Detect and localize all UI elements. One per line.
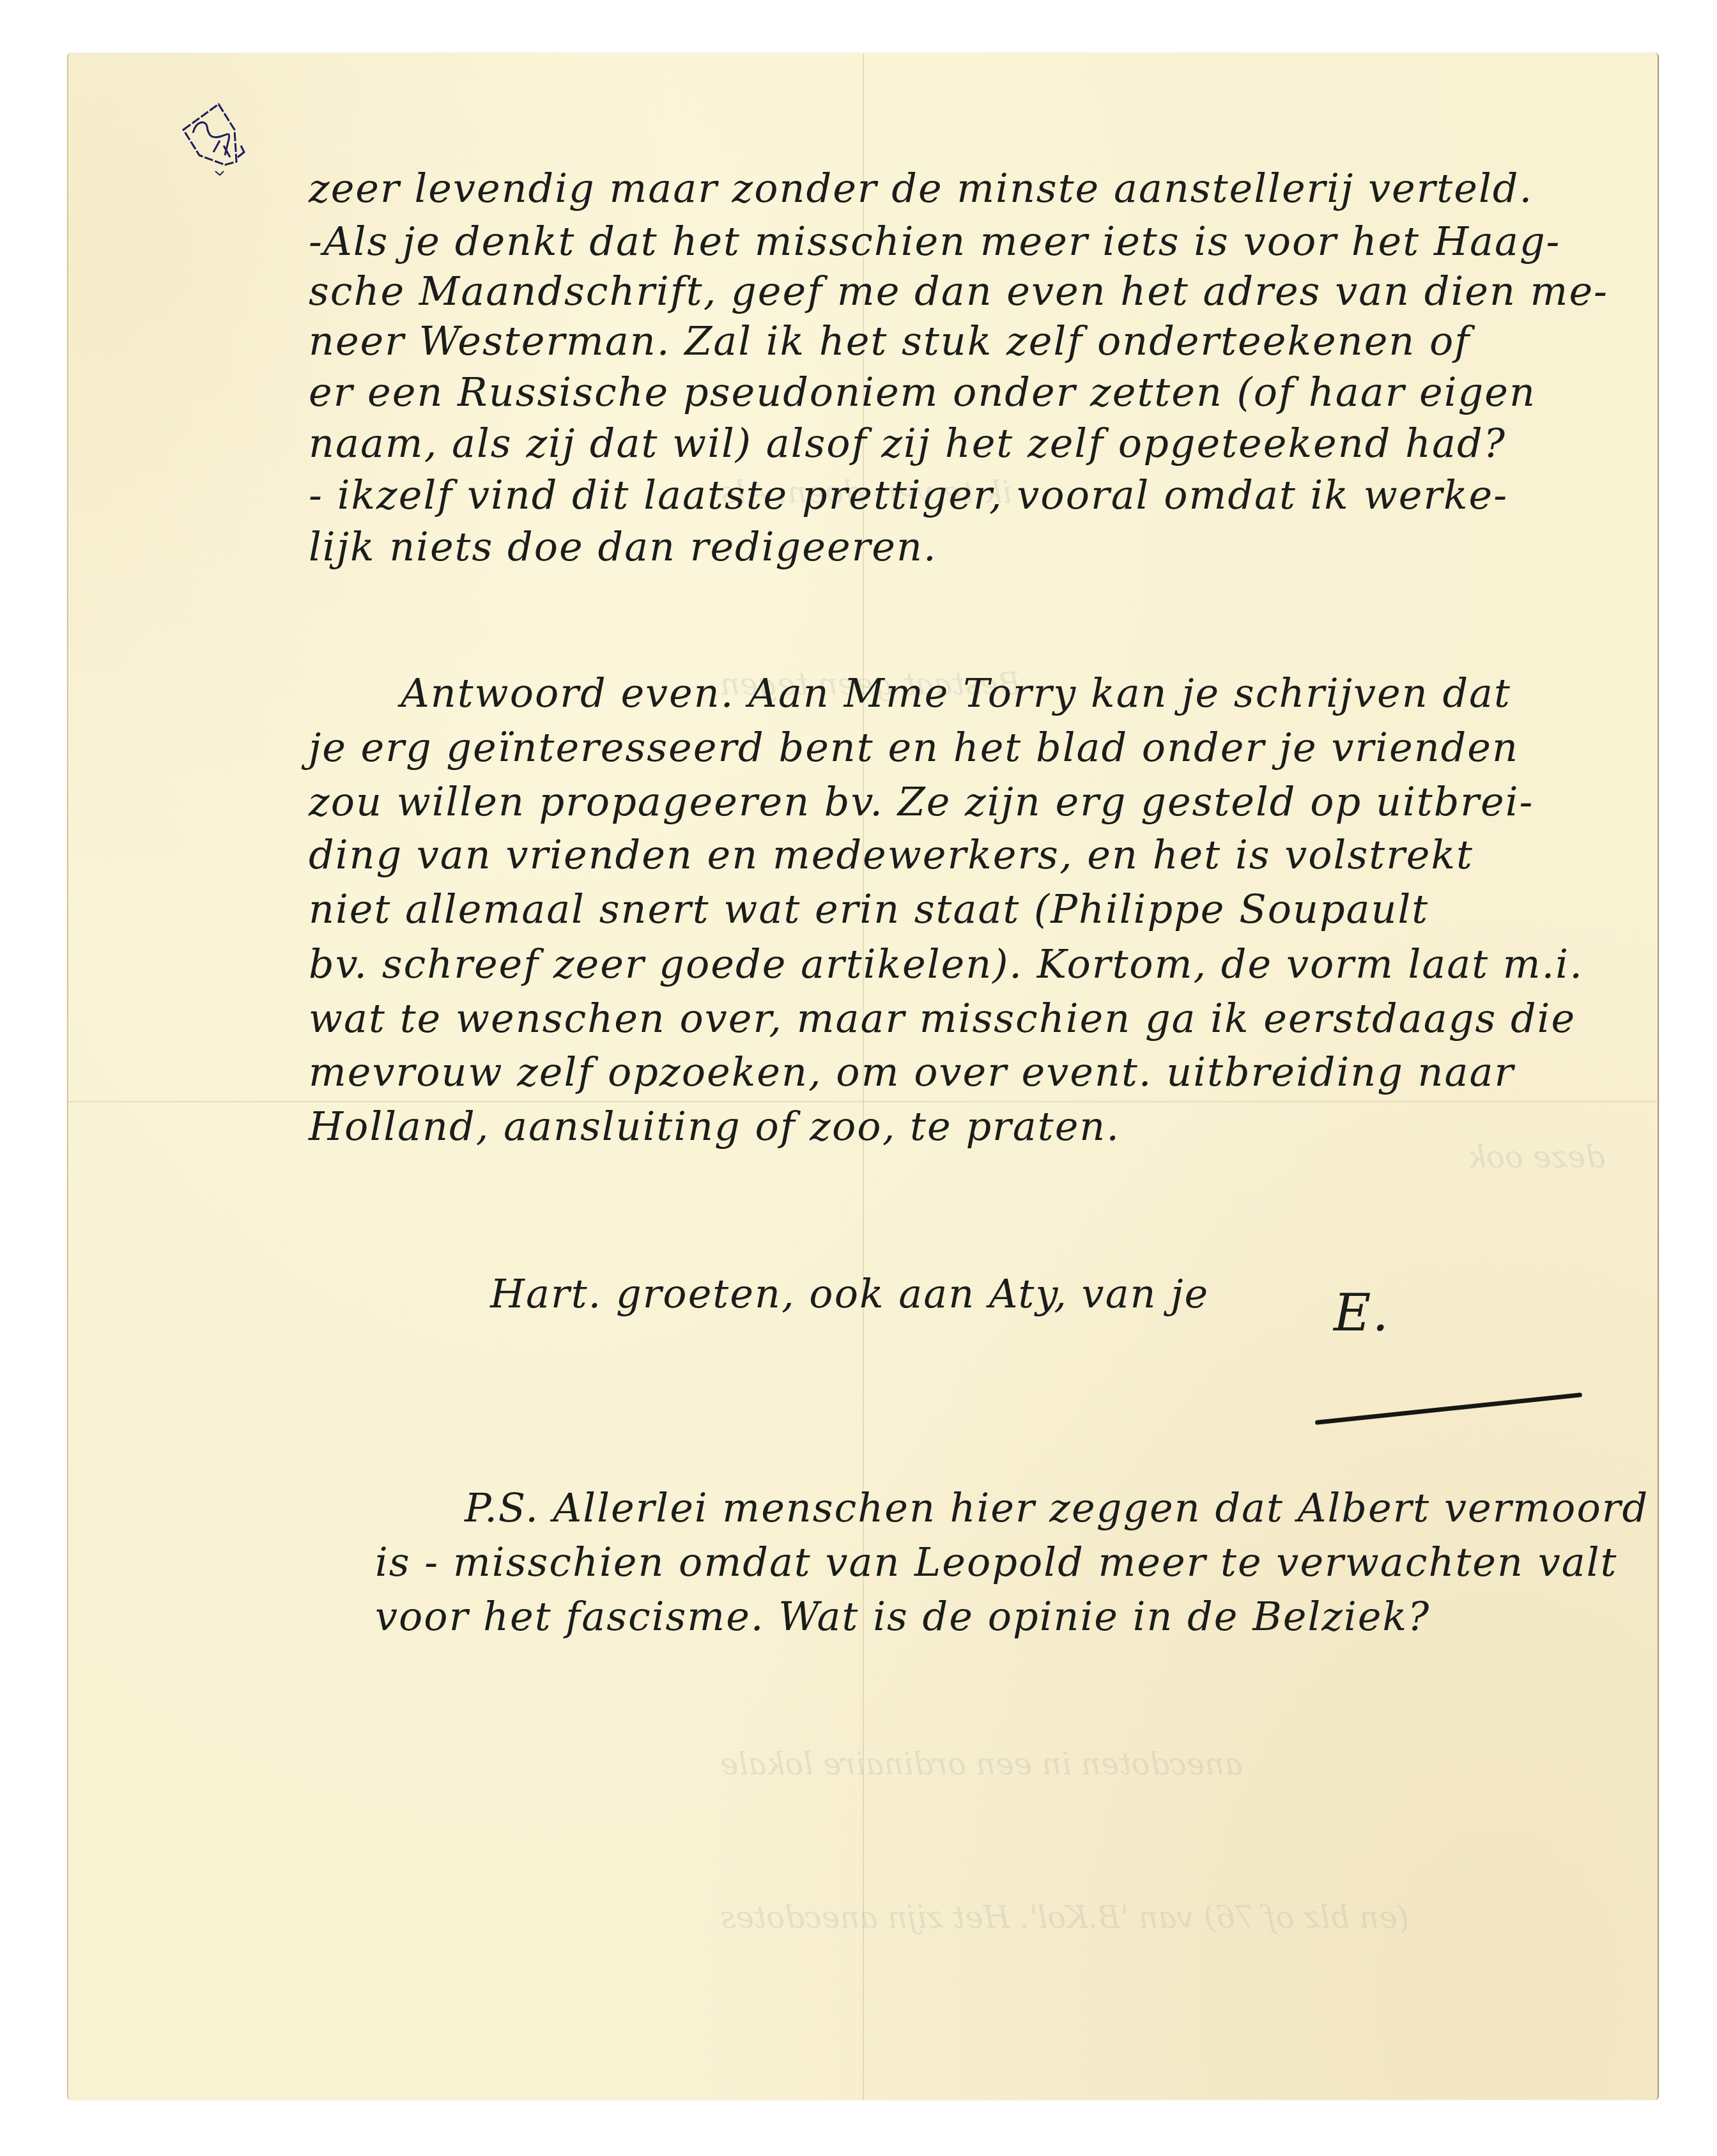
letter-line: neer Westerman. Zal ik het stuk zelf ond…: [309, 318, 1470, 364]
signature: E.: [1334, 1283, 1390, 1343]
letter-line: Antwoord even. Aan Mme Torry kan je schr…: [401, 670, 1511, 716]
letter-line: niet allemaal snert wat erin staat (Phil…: [309, 886, 1429, 932]
letter-line: - ikzelf vind dit laatste prettiger, voo…: [309, 472, 1508, 518]
heraldic-shield-stamp-icon: [180, 101, 257, 178]
signature-underline: [1315, 1392, 1582, 1425]
postscript-line: P.S. Allerlei menschen hier zeggen dat A…: [465, 1484, 1649, 1531]
letter-line: Holland, aansluiting of zoo, te praten.: [309, 1103, 1120, 1150]
bleed-through-text: deze ook: [1468, 1139, 1605, 1175]
letter-line: zeer levendig maar zonder de minste aans…: [309, 165, 1533, 212]
postscript-line: voor het fascisme. Wat is de opinie in d…: [375, 1593, 1430, 1640]
bleed-through-text: (en blz of 76) van 'B.Kol'. Het zijn ane…: [720, 1900, 1409, 1936]
letter-line: er een Russische pseudoniem onder zetten…: [309, 369, 1536, 415]
letter-line: sche Maandschrift, geef me dan even het …: [309, 268, 1608, 314]
letter-line: ding van vrienden en medewerkers, en het…: [309, 831, 1474, 878]
letter-page: ik te ver- doen. Als Bestaat geen tegen …: [67, 53, 1659, 2100]
letter-line: je erg geïnteresseerd bent en het blad o…: [309, 724, 1519, 771]
letter-line: naam, als zij dat wil) alsof zij het zel…: [309, 420, 1506, 466]
letter-line: -Als je denkt dat het misschien meer iet…: [309, 218, 1561, 265]
letter-line: zou willen propageeren bv. Ze zijn erg g…: [309, 778, 1534, 825]
bleed-through-text: anecdoten in een ordinaire lokale: [720, 1746, 1243, 1782]
closing-line: Hart. groeten, ook aan Aty, van je: [490, 1270, 1209, 1317]
letter-line: bv. schreef zeer goede artikelen). Korto…: [309, 941, 1583, 987]
postscript-line: is - misschien omdat van Leopold meer te…: [375, 1539, 1617, 1585]
letter-line: lijk niets doe dan redigeeren.: [309, 523, 937, 570]
letter-line: mevrouw zelf opzoeken, om over event. ui…: [309, 1049, 1514, 1095]
letter-line: wat te wenschen over, maar misschien ga …: [309, 995, 1576, 1042]
horizontal-fold-crease: [68, 1101, 1658, 1102]
